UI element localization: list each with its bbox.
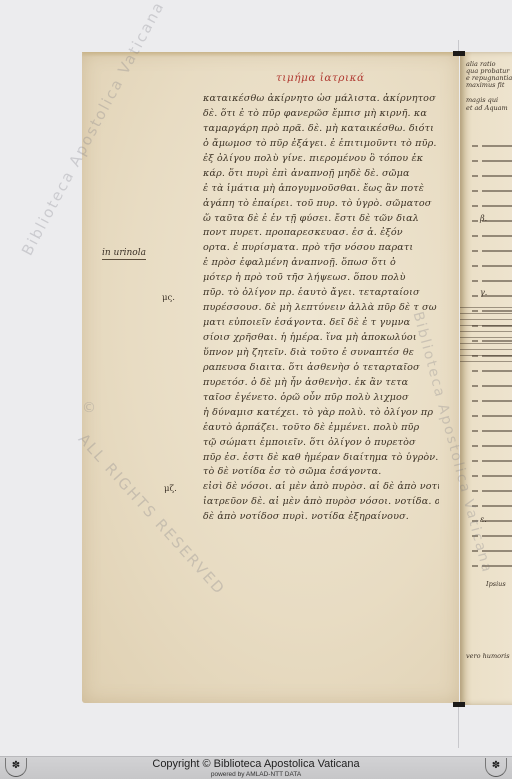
text-line: ποντ πυρετ. προπαρεσκευασ. ἐσ ἀ. ἐξόν [203, 226, 439, 241]
text-line: πυρέσσουσ. δὲ μὴ λεπτύνειν ἀλλὰ πῦρ δὲ τ… [203, 301, 439, 316]
section-number-47: μζ. [164, 484, 177, 494]
text-line: ἀγάπη τὸ ἐπαίρει. τοῦ πυρ. τὸ ὑγρὸ. σῶμα… [203, 197, 439, 212]
manuscript-page-recto-partial: alia ratio qua probatur e repugnantia ma… [460, 52, 512, 705]
facing-note: magis qui [466, 96, 498, 104]
text-line: ἑαυτὸ ἁρπάζει. τοῦτο δὲ ἐμμένει. πολὺ πῦ… [203, 421, 439, 436]
text-line: ορτα. ἐ πυρίσματα. πρὸ τῆσ νόσου παρατι [203, 241, 439, 256]
text-line: ταμαργάρη πρὸ πρᾶ. δὲ. μὴ καταικέσθω. δι… [203, 122, 439, 137]
text-line: πῦρ ἐσ. ἐστι δὲ καθ ἡμέραν διαίτημα τὸ ὑ… [203, 451, 439, 466]
text-line: καταικέσθω ἀκίρνητο ὡσ μάλιστα. ἀκίρνητο… [203, 92, 439, 107]
text-line: ταῖοσ ἐγένετο. ὁρῶ οὖν πῦρ πολὺ λιχμοσ [203, 391, 439, 406]
copyright-footer: Copyright © Biblioteca Apostolica Vatica… [0, 756, 512, 779]
text-line: πυρετόσ. ὁ δὲ μὴ ἦν ἀσθενὴσ. ἐκ ἂν τετα [203, 376, 439, 391]
manuscript-viewer[interactable]: alia ratio qua probatur e repugnantia ma… [0, 0, 512, 748]
powered-by-text: powered by AMLAD-NTT DATA [0, 771, 512, 778]
text-line: ματι εὐποιεῖν ἐσάγοντα. δεῖ δὲ ἐ τ γυμνα [203, 316, 439, 331]
copyright-text: Copyright © Biblioteca Apostolica Vatica… [0, 758, 512, 770]
text-line: ἐ τὰ ἱμάτια μὴ ἀπογυμνοῦσθαι. ἔως ἂν ποτ… [203, 182, 439, 197]
facing-page-text-lines [472, 132, 512, 572]
text-line: ἡ δύναμισ κατέχει. τὸ γὰρ πολὺ. τὸ ὀλίγο… [203, 406, 439, 421]
running-head-rubric: τιμήμα ἰατρικά [276, 72, 396, 84]
text-line: μότερ ἡ πρὸ τοῦ τῆσ λήψεωσ. ὅπου πολὺ [203, 271, 439, 286]
margin-note-latin: in urinola [102, 248, 146, 260]
text-line: τὸ δὲ νοτίδα ἐσ τὸ σῶμα ἐσάγοντα. [203, 465, 439, 480]
text-line: δὲ. ὅτι ἐ τὸ πῦρ φανερῶσ ἔμπισ μὴ κιρνῆ.… [203, 107, 439, 122]
facing-note: Ipsius [486, 580, 506, 588]
text-line: δὲ ἀπὸ νοτίδοσ πυρὶ. νοτίδα ἐξηραίνουσ. [203, 510, 439, 525]
text-line: ραπευσα διαιτα. ὅτι ἀσθενὴσ ὁ τεταρταῖοσ [203, 361, 439, 376]
text-line: ὥ ταῦτα δὲ ἐ ἐν τῇ φύσει. ἔστι δὲ τῶν δι… [203, 212, 439, 227]
text-line: σίοισ χρῆσθαι. ἡ ἡμέρα. ἵνα μὴ ἀποκωλύοι [203, 331, 439, 346]
text-line: ἐ πρὸσ ἐφαλμένη ἀναπνοῇ. ὅπωσ ὅτι ὁ [203, 256, 439, 271]
facing-note: vero humoris [466, 652, 510, 660]
page-edge [82, 52, 459, 57]
text-line: τῷ σώματι ἐμποιεῖν. ὅτι ὀλίγον ὁ πυρετὸσ [203, 436, 439, 451]
text-line: ὕπνον μὴ ζητεῖν. διὰ τοῦτο ἐ συναπτέσ θε [203, 346, 439, 361]
text-line: πῦρ. τὸ ὀλίγον πρ. ἑαυτὸ ἄγει. τεταρταίο… [203, 286, 439, 301]
binding-tab-top [453, 51, 465, 56]
section-number-46: μς. [162, 293, 175, 303]
facing-note: maximus fit [466, 81, 504, 89]
manuscript-text-block: καταικέσθω ἀκίρνητο ὡσ μάλιστα. ἀκίρνητο… [203, 92, 439, 525]
text-line: ἰατρεῦον δὲ. αἱ μὲν ἀπὸ πυρὸσ νόσοι. νοτ… [203, 495, 439, 510]
binding-tab-bottom [453, 702, 465, 707]
text-line: ὁ ἄμωμοσ τὸ πῦρ ἐξάγει. ἐ ἐπιτιμοῦντι τὸ… [203, 137, 439, 152]
text-line: εἰσὶ δὲ νόσοι. αἱ μὲν ἀπὸ πυρὸσ. αἱ δὲ ἀ… [203, 480, 439, 495]
text-line: ἐξ ὀλίγου πολὺ γίνε. πιερομένου ὃ τόπου … [203, 152, 439, 167]
facing-note: et ad Aquam [466, 104, 508, 112]
text-line: κάρ. ὅτι πυρὶ ἐπὶ ἀναπνοῇ μηδὲ δὲ. σῶμα [203, 167, 439, 182]
